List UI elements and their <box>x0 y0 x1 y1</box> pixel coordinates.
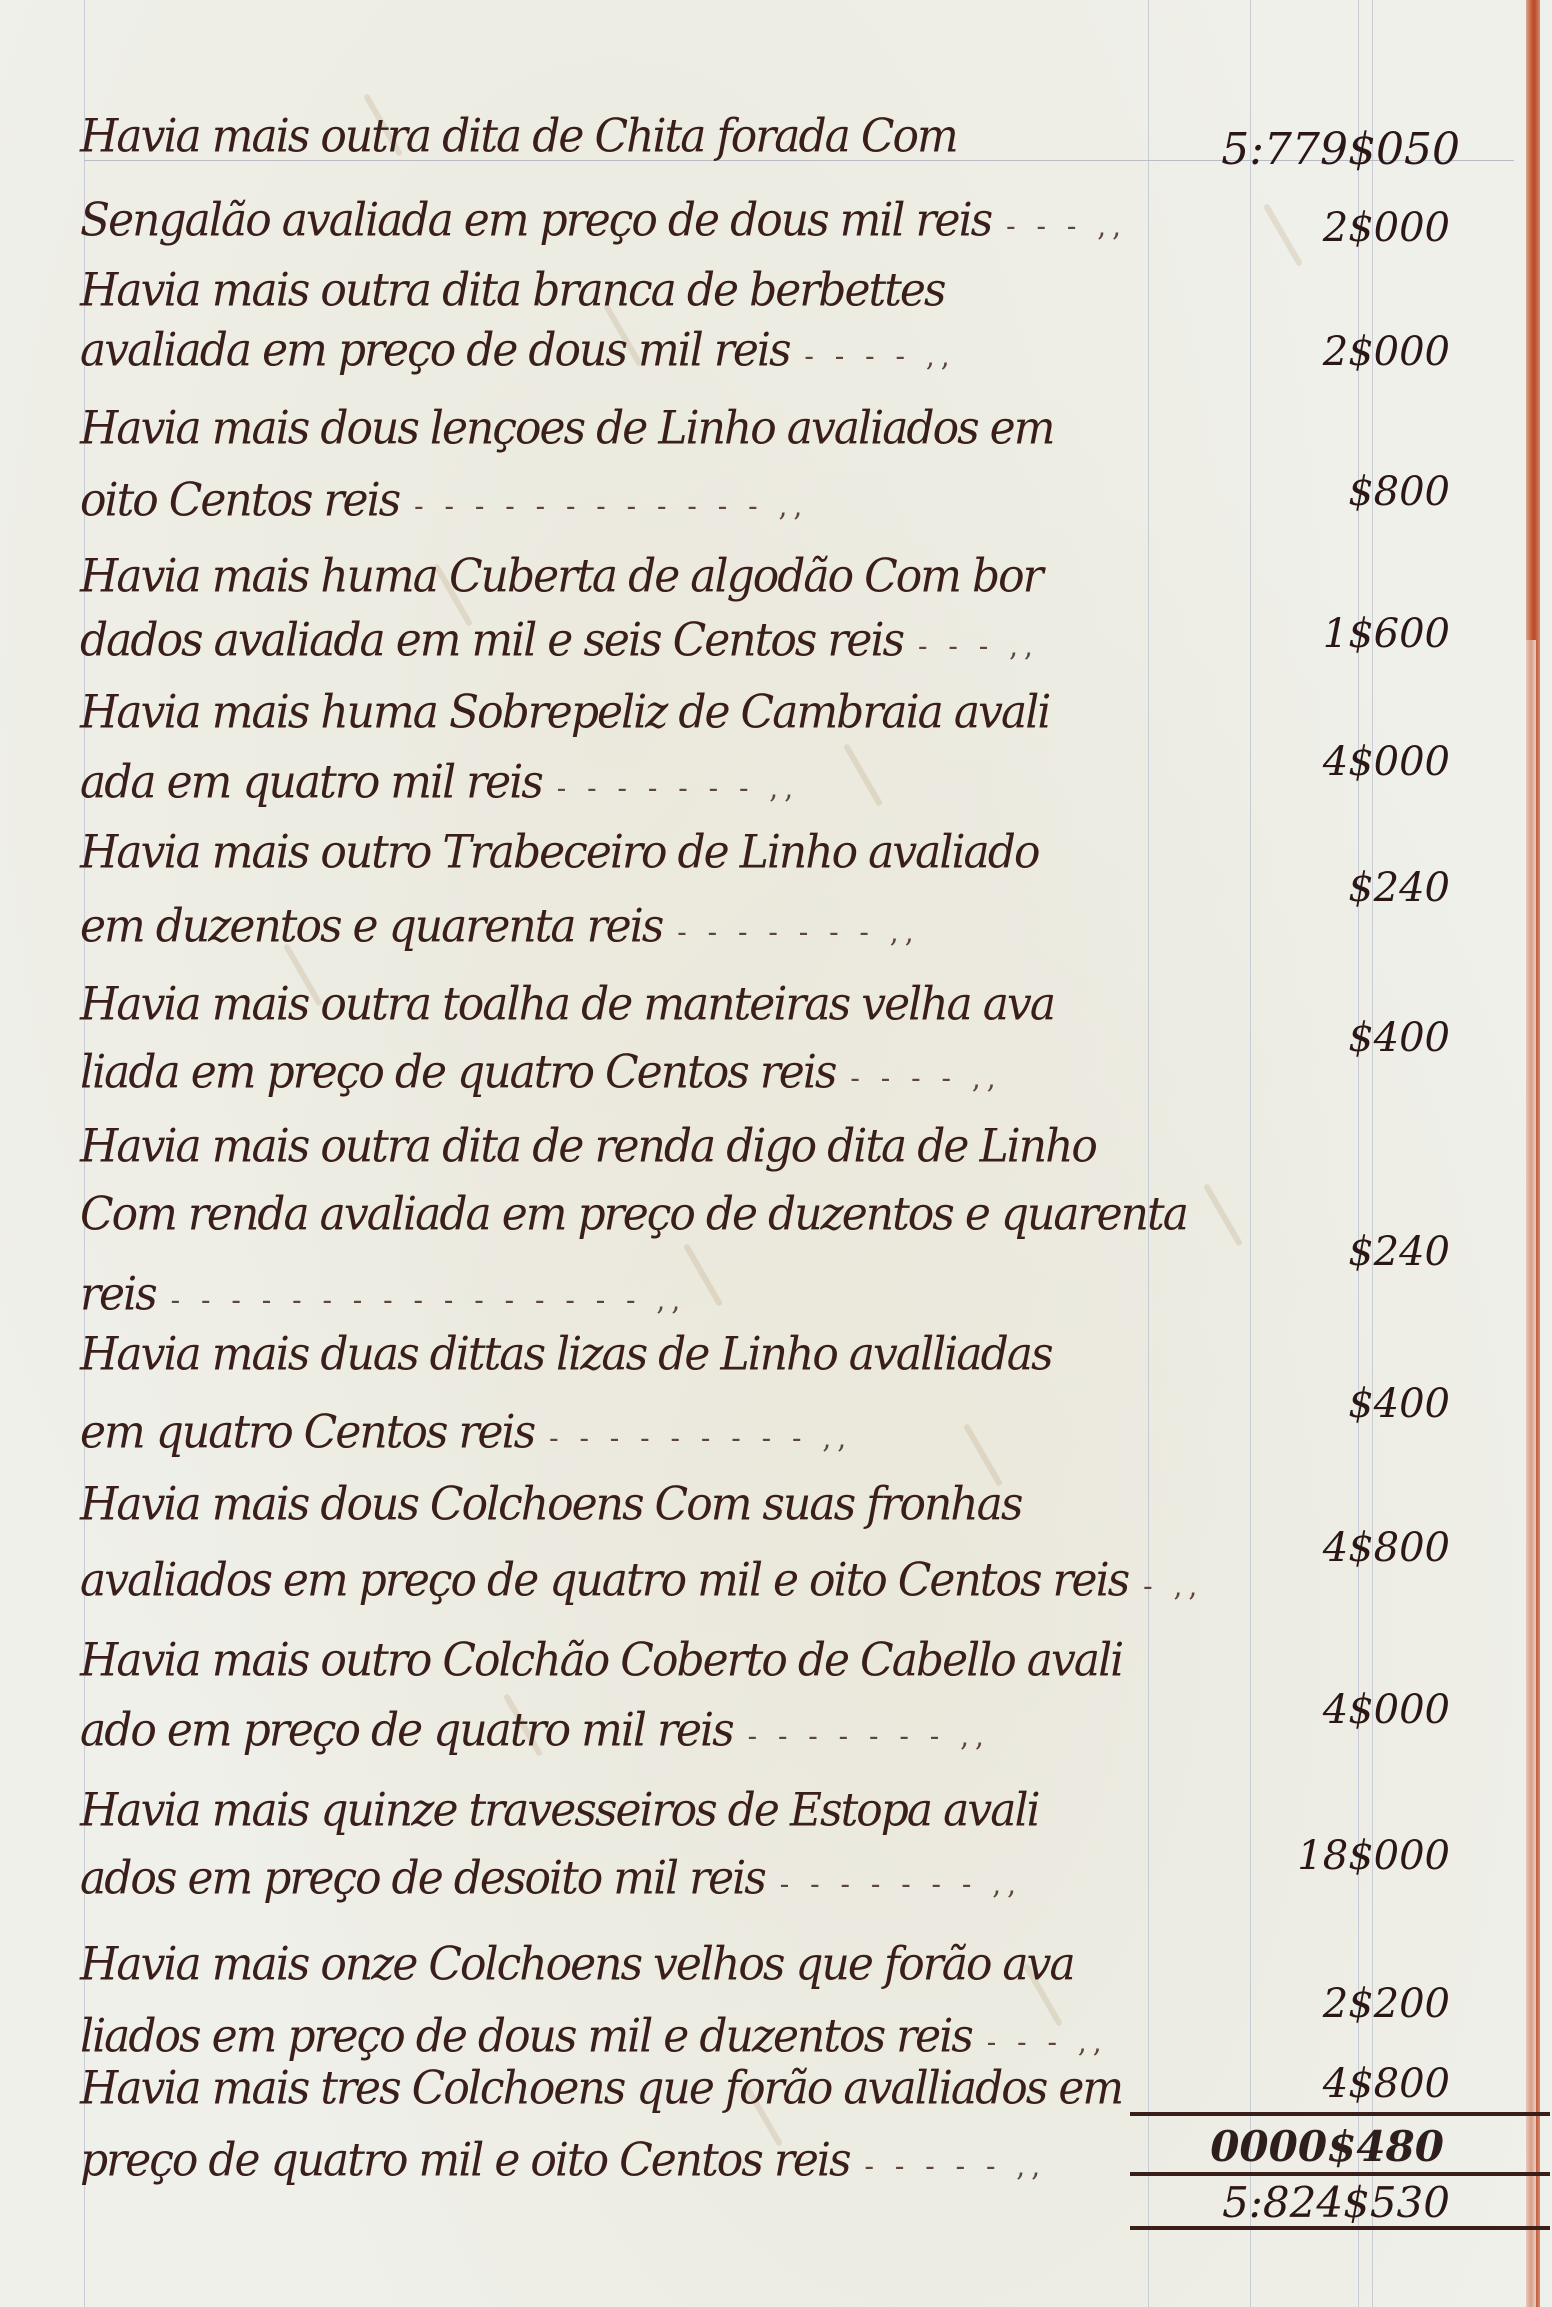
ledger-entries: 5:779$050 Havia mais outra dita de Chita… <box>0 0 1540 2307</box>
entry-amount: $800 <box>1348 472 1450 512</box>
entry-line: em duzentos e quarenta reis - - - - - - … <box>80 904 1160 950</box>
entry-line: Havia mais dous lençoes de Linho avaliad… <box>80 406 1160 452</box>
entry-line: em quatro Centos reis - - - - - - - - - … <box>80 1410 1160 1456</box>
sum-rule-bottom <box>1130 2226 1550 2230</box>
entry-line: oito Centos reis - - - - - - - - - - - -… <box>80 478 1160 524</box>
sum-rule-top <box>1130 2112 1550 2116</box>
entry-amount: 2$200 <box>1323 1984 1450 2024</box>
entry-line: ada em quatro mil reis - - - - - - - ,, <box>80 760 1160 806</box>
entry-amount: 4$000 <box>1323 742 1450 782</box>
entry-amount: 2$000 <box>1323 332 1450 372</box>
entry-line: Havia mais outro Colchão Coberto de Cabe… <box>80 1638 1160 1684</box>
entry-line: Havia mais quinze travesseiros de Estopa… <box>80 1788 1160 1834</box>
entry-line: Havia mais dous Colchoens Com suas fronh… <box>80 1482 1160 1528</box>
entry-line: Havia mais outra dita de renda digo dita… <box>80 1124 1160 1170</box>
entry-line: Havia mais huma Cuberta de algodão Com b… <box>80 554 1160 600</box>
entry-amount: $400 <box>1348 1018 1450 1058</box>
entry-line: reis - - - - - - - - - - - - - - - - ,, <box>80 1272 1160 1318</box>
entry-line: Havia mais onze Colchoens velhos que for… <box>80 1942 1160 1988</box>
entry-amount: $240 <box>1348 1232 1450 1272</box>
entry-line: Com renda avaliada em preço de duzentos … <box>80 1192 1160 1238</box>
entry-amount: 18$000 <box>1297 1836 1450 1876</box>
entry-amount: 4$000 <box>1323 1690 1450 1730</box>
entry-amount: 4$800 <box>1323 2064 1450 2104</box>
entry-line: avaliados em preço de quatro mil e oito … <box>80 1558 1160 1604</box>
entry-line: Havia mais outro Trabeceiro de Linho ava… <box>80 830 1160 876</box>
carried-forward-amount: 5:779$050 <box>1221 128 1460 172</box>
entry-line: liada em preço de quatro Centos reis - -… <box>80 1050 1160 1096</box>
entry-line: Sengalão avaliada em preço de dous mil r… <box>80 198 1160 244</box>
entry-line: dados avaliada em mil e seis Centos reis… <box>80 618 1160 664</box>
entry-line: ados em preço de desoito mil reis - - - … <box>80 1856 1160 1902</box>
entry-line: Havia mais tres Colchoens que forão aval… <box>80 2066 1160 2112</box>
entry-line: Havia mais outra dita branca de berbette… <box>80 268 1160 314</box>
entry-amount: 2$000 <box>1323 208 1450 248</box>
entry-amount: $400 <box>1348 1384 1450 1424</box>
entry-line: Havia mais duas dittas lizas de Linho av… <box>80 1332 1160 1378</box>
entry-line: Havia mais outra toalha de manteiras vel… <box>80 982 1160 1028</box>
entry-line: preço de quatro mil e oito Centos reis -… <box>80 2138 1160 2184</box>
entry-line: Havia mais outra dita de Chita forada Co… <box>80 114 1160 160</box>
entry-line: ado em preço de quatro mil reis - - - - … <box>80 1708 1160 1754</box>
page-total: 5:824$530 <box>1222 2182 1450 2224</box>
entry-amount: 4$800 <box>1323 1528 1450 1568</box>
entry-line: liados em preço de dous mil e duzentos r… <box>80 2014 1160 2060</box>
overwritten-subtotal: 0000$480 <box>1210 2126 1444 2168</box>
sum-rule-middle <box>1130 2172 1550 2176</box>
entry-line: Havia mais huma Sobrepeliz de Cambraia a… <box>80 690 1160 736</box>
entry-amount: $240 <box>1348 868 1450 908</box>
entry-amount: 1$600 <box>1323 614 1450 654</box>
entry-line: avaliada em preço de dous mil reis - - -… <box>80 328 1160 374</box>
